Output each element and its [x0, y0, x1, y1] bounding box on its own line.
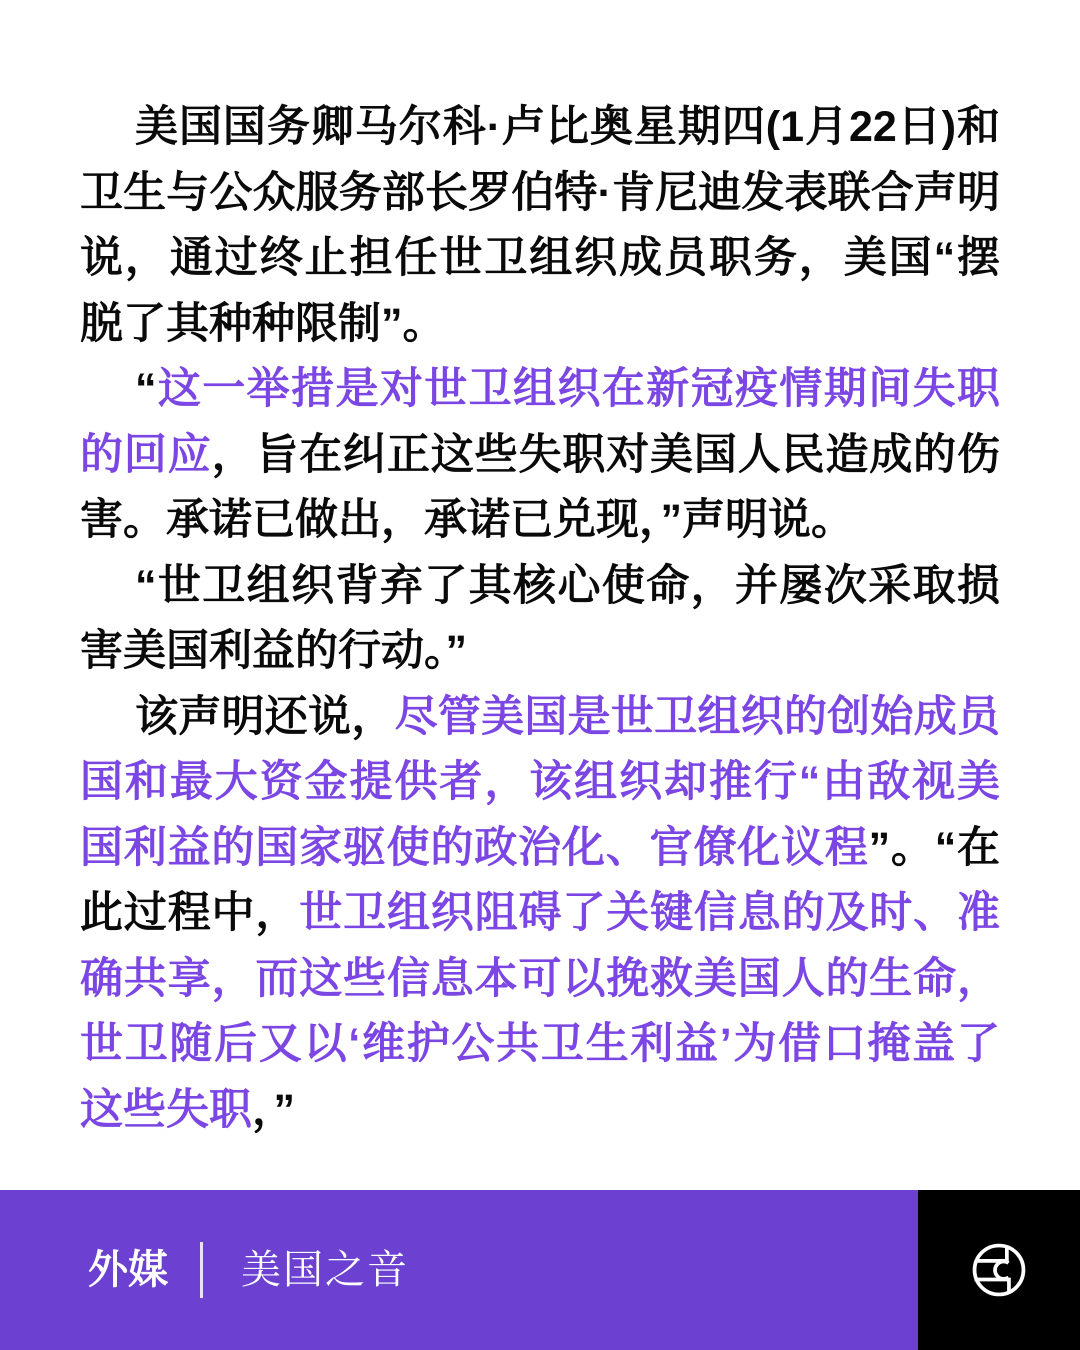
footer-category-label: 外媒: [88, 1250, 168, 1290]
footer: 外媒 美国之音: [0, 1190, 1080, 1350]
text-run: “世卫组织背弃了其核心使命，并屡次采取损害美国利益的行动。”: [80, 562, 1000, 676]
text-run: ，旨在纠正这些失职对美国人民造成的伤害。承诺已做出，承诺已兑现，”声明说。: [80, 431, 1000, 545]
text-run: 美国国务卿马尔科·卢比奥星期四(1月22日)和卫生与公众服务部长罗伯特·肯尼迪发…: [80, 103, 1000, 348]
footer-divider-line: [200, 1242, 203, 1298]
footer-bar: 外媒 美国之音: [0, 1190, 918, 1350]
text-run: “: [135, 365, 157, 413]
text-run: ，”: [252, 1086, 295, 1134]
paragraph-2: “这一举措是对世卫组织在新冠疫情期间失职的回应，旨在纠正这些失职对美国人民造成的…: [80, 357, 1000, 554]
paragraph-4: 该声明还说，尽管美国是世卫组织的创始成员国和最大资金提供者，该组织却推行“由敌视…: [80, 685, 1000, 1144]
news-quote-card: 美国国务卿马尔科·卢比奥星期四(1月22日)和卫生与公众服务部长罗伯特·肯尼迪发…: [0, 0, 1080, 1350]
footer-logo-box: [918, 1190, 1080, 1350]
text-run: 该声明还说，: [135, 693, 395, 741]
paragraph-1: 美国国务卿马尔科·卢比奥星期四(1月22日)和卫生与公众服务部长罗伯特·肯尼迪发…: [80, 95, 1000, 357]
paragraph-3: “世卫组织背弃了其核心使命，并屡次采取损害美国利益的行动。”: [80, 554, 1000, 685]
zaobao-circle-logo-icon: [970, 1241, 1028, 1299]
article-body: 美国国务卿马尔科·卢比奥星期四(1月22日)和卫生与公众服务部长罗伯特·肯尼迪发…: [80, 95, 1000, 1143]
footer-source-label: 美国之音: [241, 1250, 409, 1290]
